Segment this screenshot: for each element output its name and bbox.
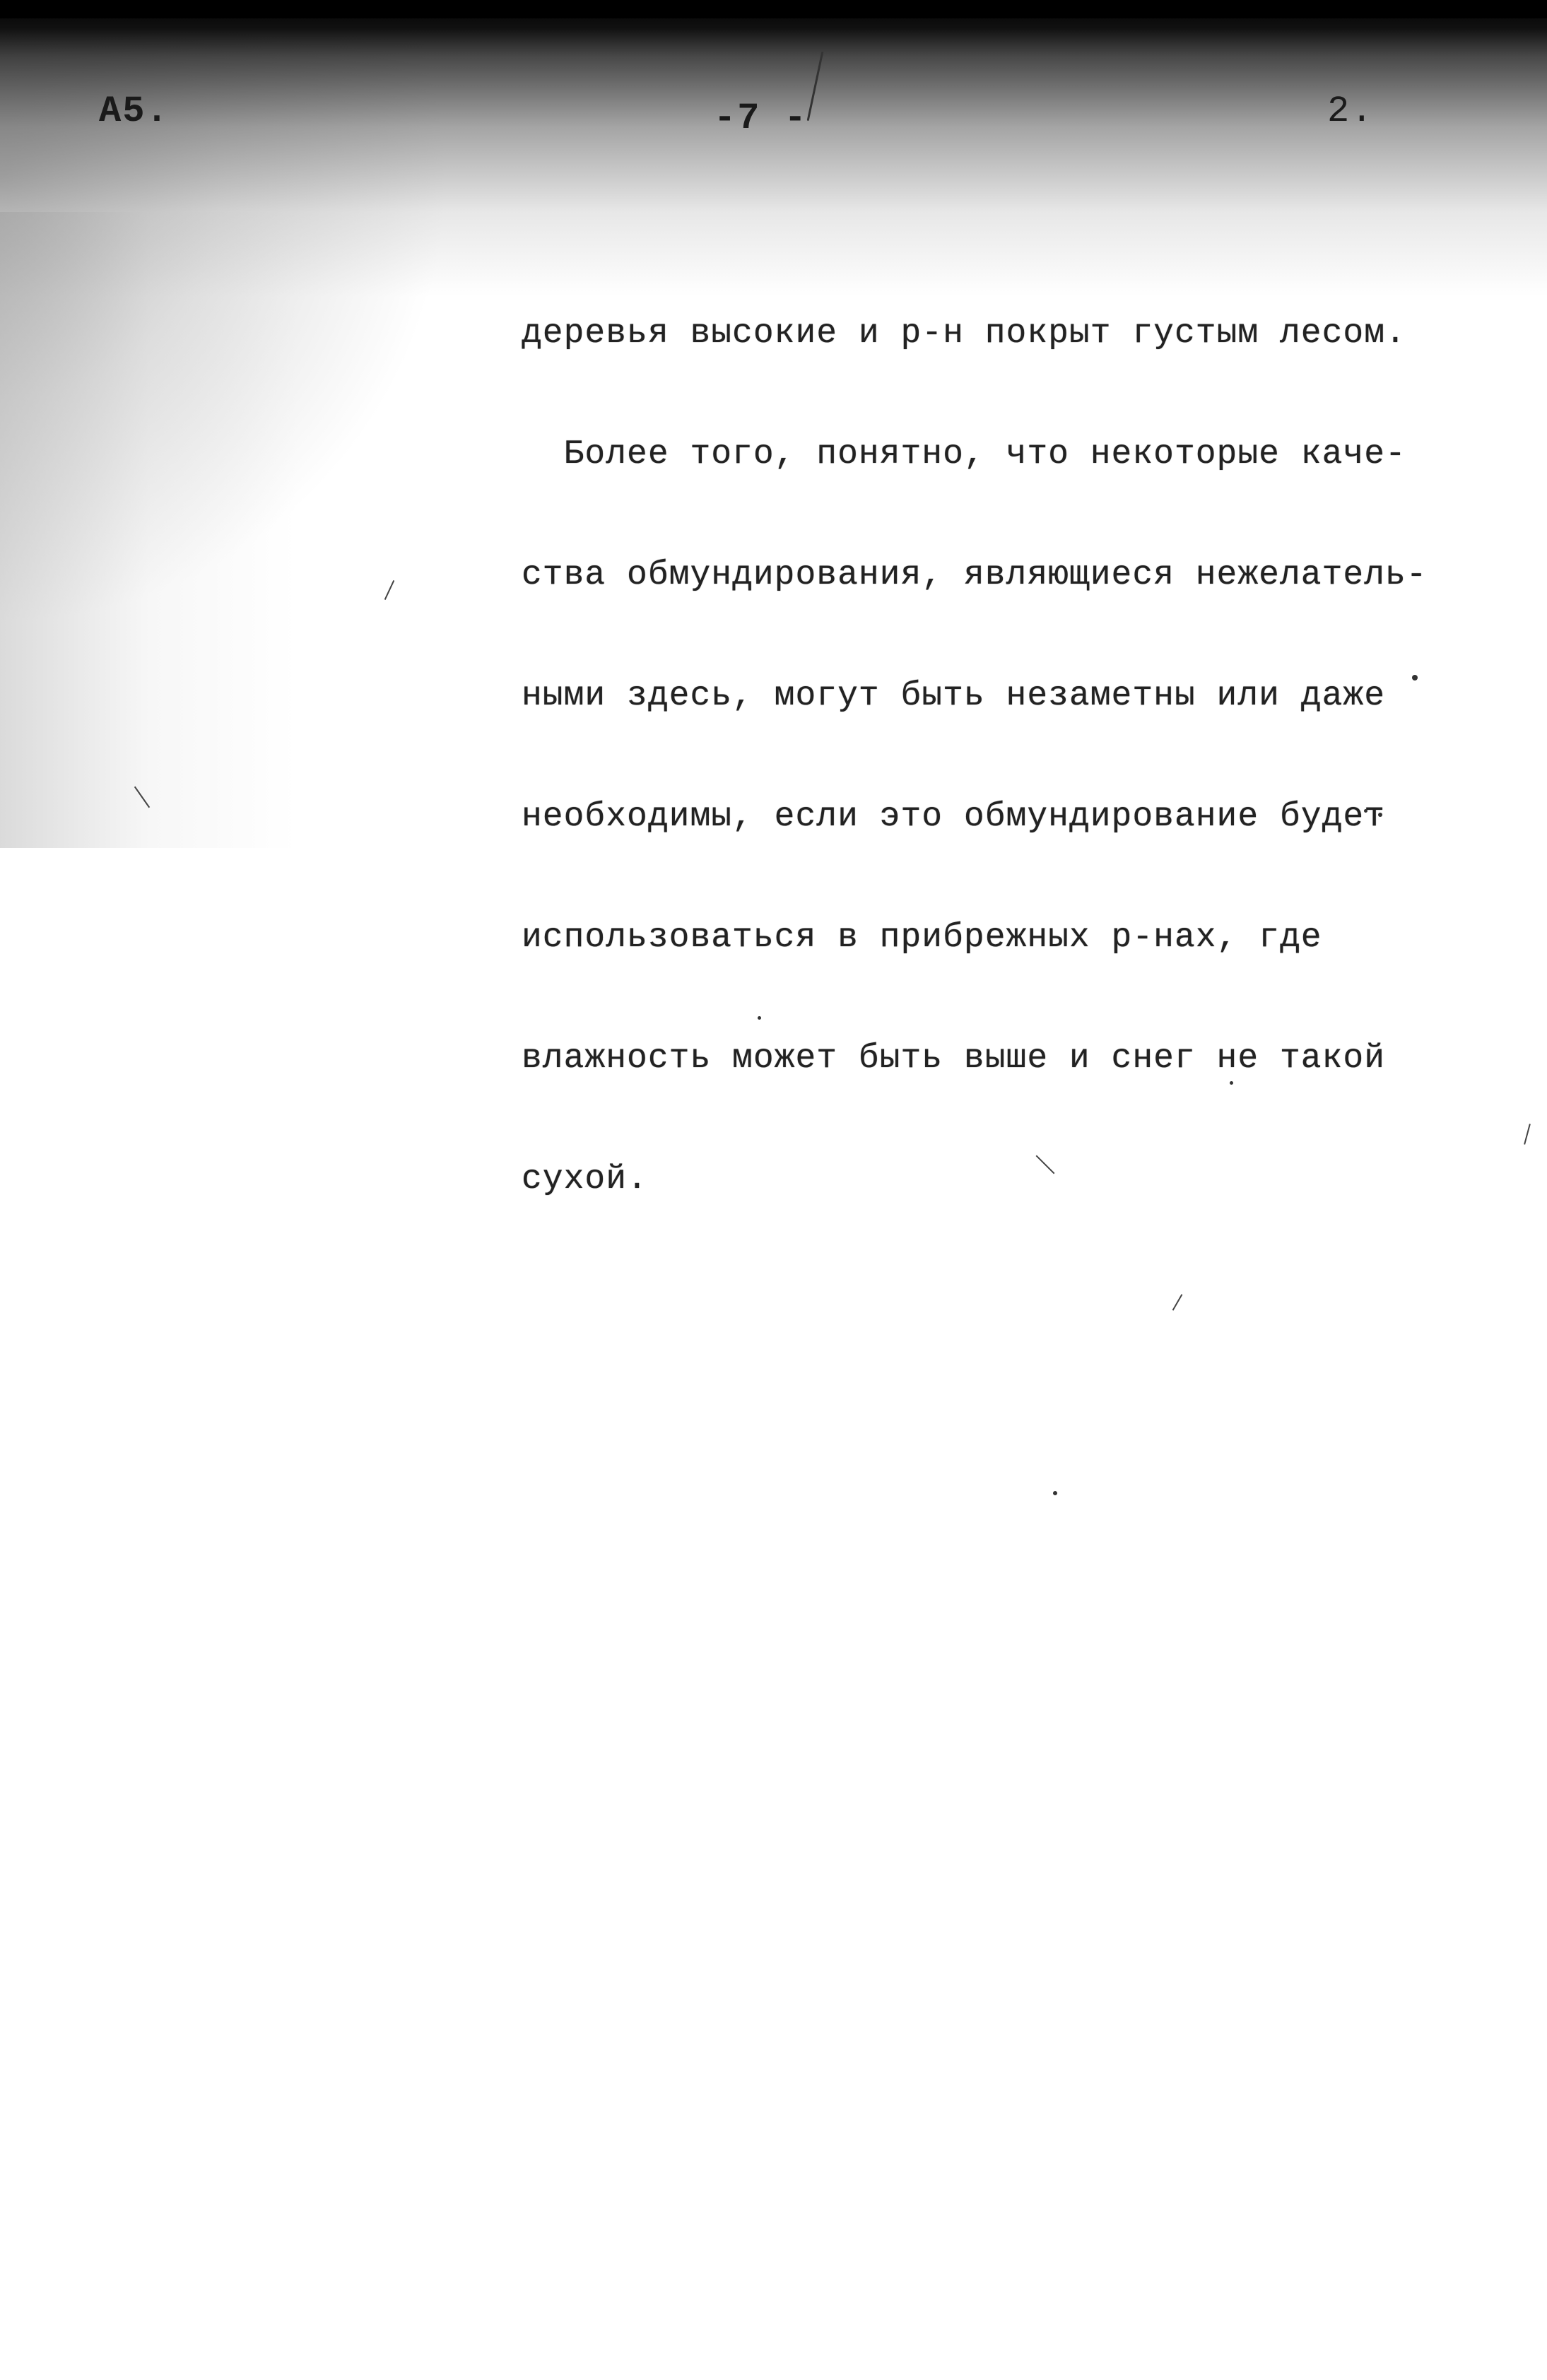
scan-speck: [1364, 809, 1367, 813]
scan-scratch: [1172, 1294, 1183, 1311]
sheet-number: 2.: [1327, 90, 1374, 132]
text-line: ными здесь, могут быть незаметны или даж…: [522, 676, 1539, 717]
scan-scratch: [384, 580, 394, 600]
scanner-edge: [0, 0, 1547, 18]
scan-speck: [1378, 813, 1382, 817]
scan-shadow-left: [0, 212, 297, 848]
page-number: -7 -: [714, 98, 808, 139]
scan-speck: [1230, 1081, 1233, 1085]
text-line: необходимы, если это обмундирование буде…: [522, 797, 1539, 837]
text-line: Более того, понятно, что некоторые каче-: [522, 435, 1539, 475]
text-line: сухой.: [522, 1160, 1539, 1200]
document-mark: А5.: [99, 90, 170, 132]
text-line: использоваться в прибрежных р-нах, где: [522, 918, 1539, 958]
text-line: влажность может быть выше и снег не тако…: [522, 1039, 1539, 1079]
document-body: деревья высокие и р-н покрыт густым лесо…: [522, 233, 1539, 1240]
scan-speck: [758, 1016, 761, 1020]
scan-speck: [1412, 675, 1418, 681]
text-line: деревья высокие и р-н покрыт густым лесо…: [522, 314, 1539, 354]
text-line: ства обмундирования, являющиеся нежелате…: [522, 555, 1539, 596]
scan-scratch: [807, 52, 824, 121]
scan-speck: [1053, 1491, 1057, 1495]
scan-scratch: [134, 787, 150, 808]
